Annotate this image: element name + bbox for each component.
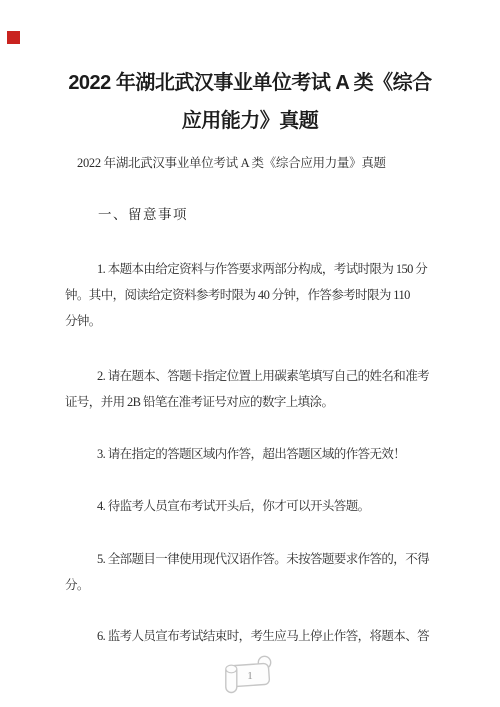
paragraph-line: 分。 xyxy=(65,572,437,598)
paragraph-line: 4. 待监考人员宣布考试开头后，你才可以开头答题。 xyxy=(65,493,437,519)
paragraph-line: 钟。其中，阅读给定资料参考时限为 40 分钟，作答参考时限为 110 xyxy=(65,282,437,308)
paragraph-line: 2. 请在题本、答题卡指定位置上用碳素笔填写自己的姓名和准考 xyxy=(65,363,437,389)
document-subtitle: 2022 年湖北武汉事业单位考试 A 类《综合应用力量》真题 xyxy=(77,154,386,172)
paragraph-1: 1. 本题本由给定资料与作答要求两部分构成，考试时限为 150 分 钟。其中，阅… xyxy=(65,256,437,334)
paragraph-line: 1. 本题本由给定资料与作答要求两部分构成，考试时限为 150 分 xyxy=(65,256,437,282)
paragraph-line: 5. 全部题目一律使用现代汉语作答。未按答题要求作答的，不得 xyxy=(65,546,437,572)
red-corner-marker xyxy=(7,31,20,44)
paragraph-3: 3. 请在指定的答题区域内作答，超出答题区域的作答无效！ xyxy=(65,441,437,467)
paragraph-6: 6. 监考人员宣布考试结束时，考生应马上停止作答，将题本、答 xyxy=(65,623,437,649)
section-heading-notice-items: 一、留意事项 xyxy=(98,206,188,224)
document-title-line2: 应用能力》真题 xyxy=(0,106,500,136)
paragraph-2: 2. 请在题本、答题卡指定位置上用碳素笔填写自己的姓名和准考 证号，并用 2B … xyxy=(65,363,437,415)
paragraph-4: 4. 待监考人员宣布考试开头后，你才可以开头答题。 xyxy=(65,493,437,519)
paragraph-5: 5. 全部题目一律使用现代汉语作答。未按答题要求作答的，不得 分。 xyxy=(65,546,437,598)
paragraph-line: 分钟。 xyxy=(65,308,437,334)
document-title-line1: 2022 年湖北武汉事业单位考试 A 类《综合 xyxy=(0,68,500,98)
page-number: 1 xyxy=(224,667,276,685)
page-number-footer: 1 xyxy=(224,654,276,698)
document-page: 2022 年湖北武汉事业单位考试 A 类《综合 应用能力》真题 2022 年湖北… xyxy=(0,0,500,707)
paragraph-line: 证号，并用 2B 铅笔在准考证号对应的数字上填涂。 xyxy=(65,389,437,415)
paragraph-line: 3. 请在指定的答题区域内作答，超出答题区域的作答无效！ xyxy=(65,441,437,467)
paragraph-line: 6. 监考人员宣布考试结束时，考生应马上停止作答，将题本、答 xyxy=(65,623,437,649)
